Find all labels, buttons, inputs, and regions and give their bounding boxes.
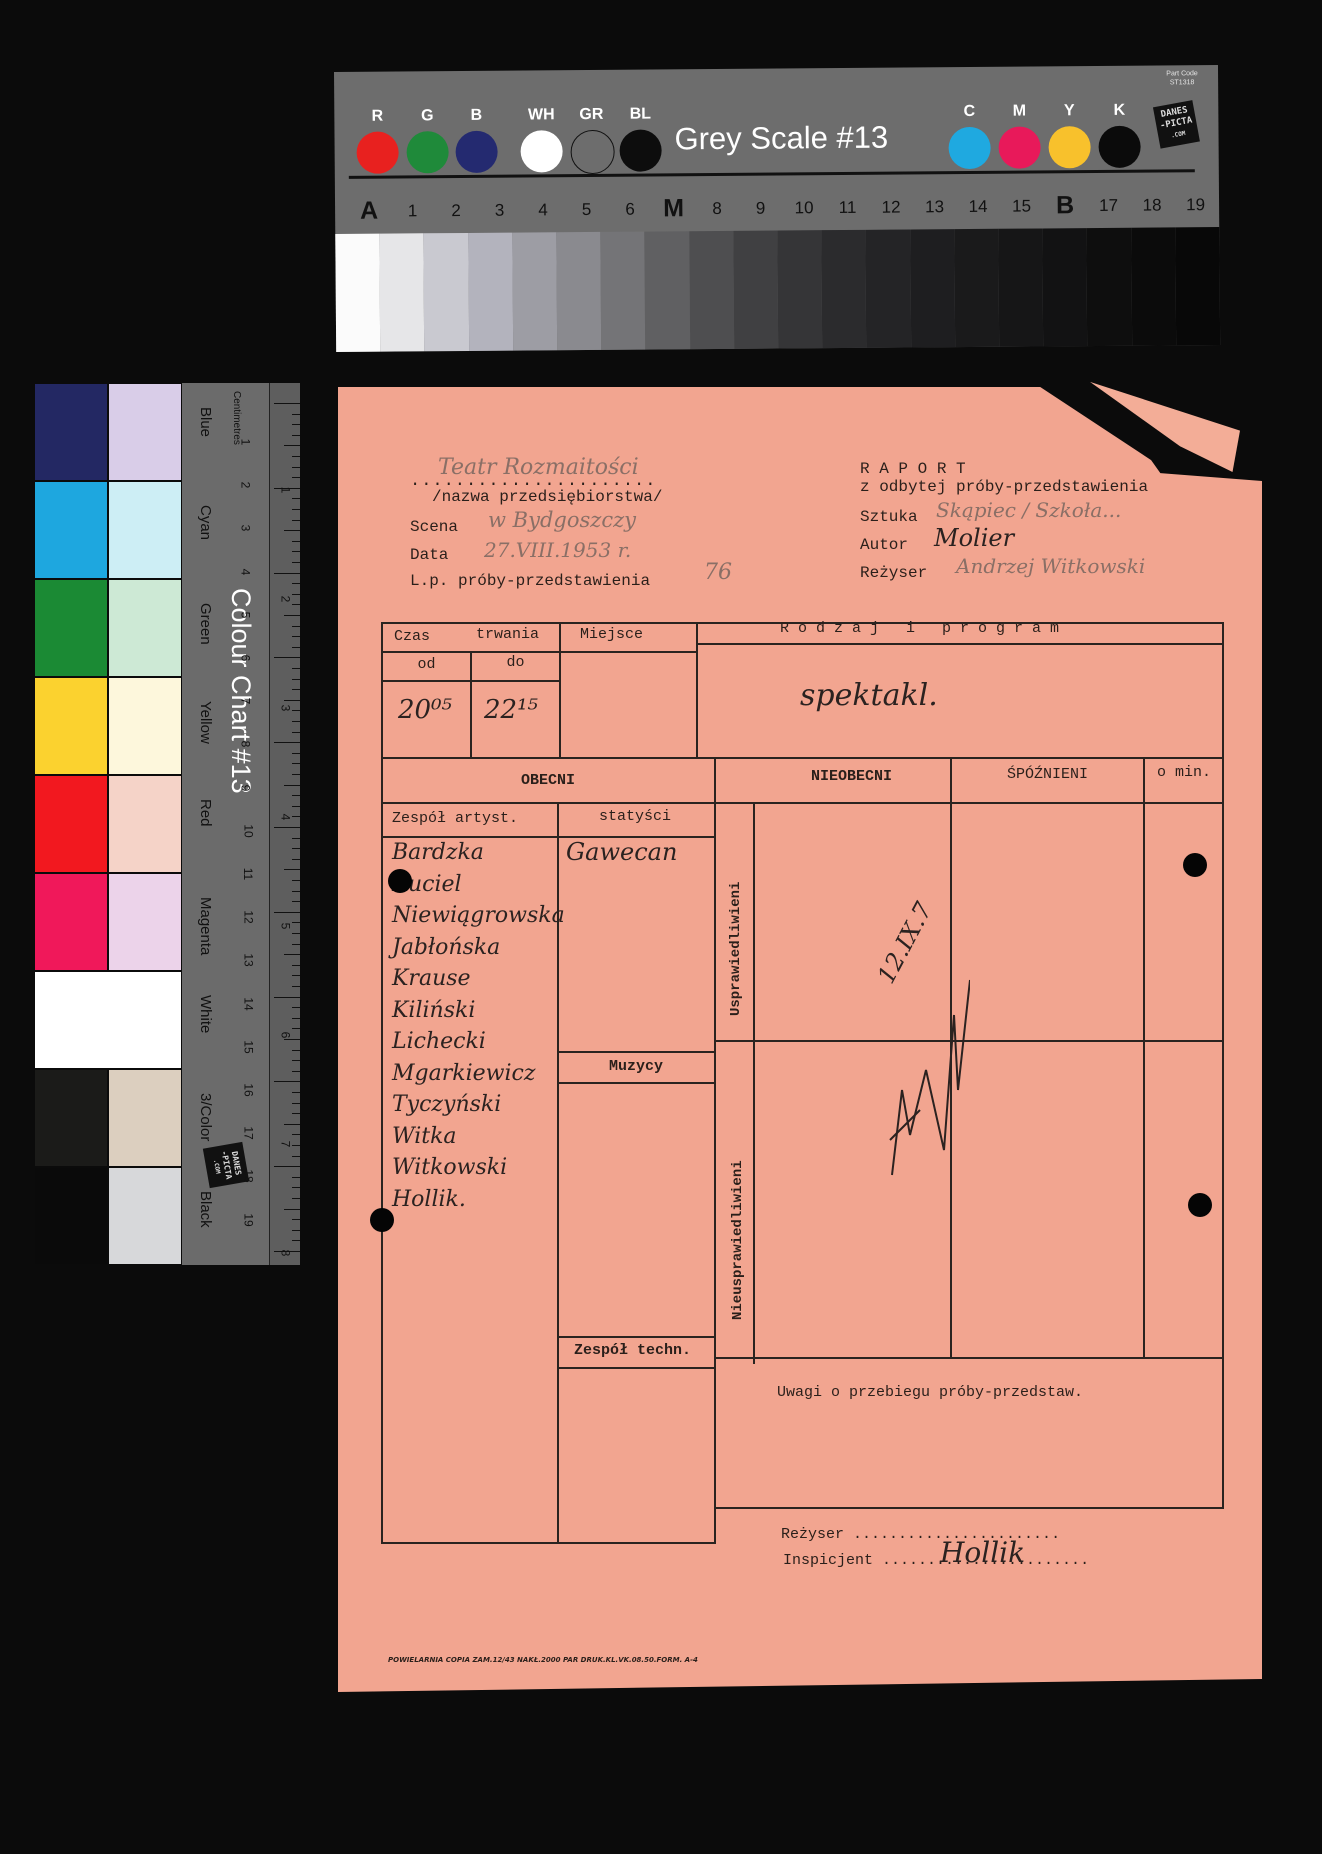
swatch-green-light — [108, 579, 182, 677]
artist-name: Kiliński — [392, 998, 475, 1023]
grey-scale-title: Grey Scale #13 — [674, 120, 888, 158]
cm-tick-label: 1 — [238, 439, 252, 446]
od-label: od — [383, 656, 470, 673]
ruler-tick — [292, 944, 300, 945]
autor-value: Molier — [934, 524, 1014, 552]
sztuka-label: Sztuka — [860, 508, 918, 526]
grey-step — [1087, 228, 1132, 346]
printer-note: POWIELARNIA COPIA ZAM.12/43 NAKŁ.2000 PA… — [388, 1656, 698, 1664]
artist-name: Tyczyński — [392, 1092, 501, 1117]
ruler-tick — [292, 848, 300, 849]
step-label: B — [1045, 191, 1085, 220]
artist-name: Witka — [392, 1124, 457, 1149]
colour-chart-card: BlueCyanGreenYellowRedMagentaWhite3/Colo… — [34, 383, 300, 1265]
colour-name-label: Blue — [197, 407, 214, 437]
step-label: 18 — [1132, 195, 1172, 215]
inch-tick-label: 1 — [278, 487, 292, 494]
autor-label: Autor — [860, 536, 908, 554]
lp-caption: próby-przedstawienia — [458, 572, 650, 590]
step-label: 15 — [1002, 196, 1042, 216]
patch-label: B — [451, 107, 501, 125]
statysci-label: statyści — [557, 808, 713, 825]
colour-patches: RGBWHGRBLCMYK — [334, 65, 1218, 72]
ruler-tick — [292, 1060, 300, 1061]
zespol-artyst-label: Zespół artyst. — [392, 810, 518, 827]
table-line — [753, 802, 755, 1364]
spoznieni-label: ŚPÓŹNIENI — [952, 766, 1143, 783]
grey-step — [1131, 227, 1176, 345]
signature-scrawl — [880, 960, 970, 1190]
ruler-tick — [292, 414, 300, 415]
table-line — [557, 1336, 715, 1338]
table-line — [714, 1364, 716, 1542]
ruler-tick — [292, 498, 300, 499]
table-line — [557, 1082, 715, 1084]
zespol-techn-label: Zespół techn. — [574, 1342, 691, 1359]
ruler-tick — [292, 1071, 300, 1072]
ruler-tick — [292, 806, 300, 807]
patch-label: R — [352, 107, 402, 125]
ruler-tick — [292, 668, 300, 669]
ruler-tick — [292, 795, 300, 796]
ruler-tick — [274, 742, 300, 743]
ruler-tick — [292, 732, 300, 733]
ruler-tick — [292, 477, 300, 478]
ruler-tick — [292, 1092, 300, 1093]
step-label: 11 — [828, 198, 868, 218]
colour-patch-wh — [520, 130, 562, 172]
ruler-tick — [292, 1007, 300, 1008]
swatch-magenta-light — [108, 873, 182, 971]
ruler-tick — [284, 1124, 300, 1125]
miejsce-label: Miejsce — [580, 626, 643, 643]
grey-step — [689, 231, 734, 349]
inspicjent-signature: Hollik — [940, 1536, 1025, 1569]
cm-tick-label: 8 — [238, 741, 252, 748]
ruler-tick — [292, 1187, 300, 1188]
ruler-tick — [292, 467, 300, 468]
ruler-tick — [292, 901, 300, 902]
ruler-tick — [292, 1050, 300, 1051]
ruler-tick — [292, 753, 300, 754]
swatch-blue-light — [108, 383, 182, 481]
ruler-tick — [284, 785, 300, 786]
grey-step — [379, 233, 424, 351]
ruler-tick — [274, 657, 300, 658]
grey-step — [600, 232, 645, 350]
rodzaj-value: spektakl. — [800, 678, 938, 713]
colour-chart-title: Colour Chart #13 — [225, 588, 256, 794]
swatch-magenta-dark — [34, 873, 108, 971]
ruler-tick — [292, 541, 300, 542]
step-label: 10 — [784, 198, 824, 218]
grey-step — [733, 231, 778, 349]
lp-label: L.p. próby-przedstawienia — [410, 572, 650, 590]
artist-name: Mgarkiewicz — [392, 1061, 535, 1086]
ruler-tick — [292, 859, 300, 860]
swatch-cyan-dark — [34, 481, 108, 579]
punch-hole — [370, 1208, 394, 1232]
table-line — [696, 643, 1223, 645]
step-label: 12 — [871, 197, 911, 217]
ruler-tick — [274, 997, 300, 998]
ruler-tick — [292, 1145, 300, 1146]
grey-step — [645, 231, 690, 349]
cm-tick-label: 3 — [238, 525, 252, 532]
artist-name: Bardzka — [392, 840, 484, 865]
swatch-red-light — [108, 775, 182, 873]
grey-step — [910, 229, 955, 347]
swatch-red-dark — [34, 775, 108, 873]
danes-picta-logo: DANES -PICTA .COM — [1153, 100, 1200, 149]
footer-inspicjent: Inspicjent ....................... — [783, 1552, 1089, 1569]
ruler-tick — [292, 1230, 300, 1231]
grey-scale-card: Part Code ST1318 RGBWHGRBLCMYK Grey Scal… — [334, 65, 1220, 352]
table-line — [1222, 1357, 1224, 1507]
inch-tick-label: 2 — [278, 596, 292, 603]
artist-name: Hollik. — [392, 1187, 466, 1212]
step-label: A — [349, 197, 389, 226]
part-code-value: ST1318 — [1152, 78, 1212, 87]
footer-rezyser-label: Reżyser — [781, 1526, 844, 1543]
part-code: Part Code ST1318 — [1152, 69, 1212, 87]
scena-value: w Bydgoszczy — [488, 508, 636, 532]
patch-label: M — [994, 102, 1044, 120]
step-label: M — [653, 194, 693, 223]
colour-patch-g — [406, 131, 448, 173]
ruler-tick — [292, 1156, 300, 1157]
colour-name-label: Black — [197, 1191, 214, 1228]
ruler-tick — [284, 700, 300, 701]
ruler-tick — [292, 424, 300, 425]
step-label: 13 — [915, 197, 955, 217]
ruler-tick — [292, 816, 300, 817]
inch-tick-label: 7 — [278, 1141, 292, 1148]
ruler-tick — [292, 880, 300, 881]
ruler-tick — [284, 954, 300, 955]
grey-step — [777, 230, 822, 348]
ruler-tick — [292, 520, 300, 521]
table-line — [381, 651, 696, 653]
table-line — [696, 622, 698, 757]
table-line — [381, 1542, 716, 1544]
muzycy-label: Muzycy — [557, 1058, 715, 1075]
rezyser-label: Reżyser — [860, 564, 927, 582]
nieobecni-label: NIEOBECNI — [753, 768, 950, 785]
patch-label: K — [1094, 102, 1144, 120]
do-label: do — [472, 654, 559, 671]
grey-step — [998, 228, 1043, 346]
grey-step — [335, 234, 380, 352]
inch-scale — [269, 383, 300, 1265]
statysci-value: Gawecan — [566, 838, 677, 866]
artist-name: Jabłońska — [392, 935, 500, 960]
ruler-tick — [274, 1081, 300, 1082]
cm-tick-label: 2 — [238, 482, 252, 489]
ruler-tick — [292, 710, 300, 711]
colour-name-label: 3/Color — [197, 1093, 214, 1141]
cm-tick-label: 14 — [242, 997, 256, 1010]
punch-hole — [1183, 853, 1207, 877]
ruler-tick — [284, 445, 300, 446]
ruler-tick — [284, 1039, 300, 1040]
rodzaj-label: R o d z a j i p r o g r a m — [780, 620, 1059, 637]
grey-step — [1043, 228, 1088, 346]
table-line — [716, 1507, 1224, 1509]
swatch-blue-dark — [34, 383, 108, 481]
patch-label: WH — [516, 106, 566, 124]
inch-tick-label: 4 — [278, 814, 292, 821]
o-min-label: o min. — [1145, 764, 1223, 781]
ruler-tick — [292, 838, 300, 839]
table-line — [381, 757, 1223, 759]
ruler-tick — [274, 573, 300, 574]
punch-hole — [388, 869, 412, 893]
ruler-tick — [292, 604, 300, 605]
rezyser-value: Andrzej Witkowski — [956, 554, 1145, 578]
start-time: 20⁰⁵ — [398, 695, 452, 725]
grey-step — [1175, 227, 1220, 345]
cm-tick-label: 6 — [238, 655, 252, 662]
colour-patch-r — [356, 131, 398, 173]
cm-tick-label: 19 — [242, 1213, 256, 1226]
lp-value: 76 — [704, 560, 732, 585]
ruler-tick — [274, 912, 300, 913]
cm-tick-label: 7 — [238, 698, 252, 705]
ruler-tick — [292, 435, 300, 436]
grey-step — [866, 229, 911, 347]
step-label: 17 — [1088, 196, 1128, 216]
swatch-yellow-dark — [34, 677, 108, 775]
grey-step — [468, 233, 513, 351]
grey-step — [424, 233, 469, 351]
inch-tick-label: 5 — [278, 923, 292, 930]
swatch-green-dark — [34, 579, 108, 677]
table-line — [557, 1367, 715, 1369]
inch-tick-label: 3 — [278, 705, 292, 712]
ruler-tick — [292, 891, 300, 892]
colour-name-label: Yellow — [197, 701, 214, 744]
cm-tick-label: 17 — [242, 1127, 256, 1140]
ruler-tick — [292, 774, 300, 775]
colour-patch-b — [455, 131, 497, 173]
usprawiedliwieni-label: Usprawiedliwieni — [728, 882, 744, 1016]
step-label: 1 — [393, 201, 433, 221]
swatch-yellow-light — [108, 677, 182, 775]
ruler-tick — [284, 530, 300, 531]
ruler-tick — [274, 827, 300, 828]
data-label: Data — [410, 546, 448, 564]
report-title: R A P O R T — [860, 460, 966, 478]
ruler-tick — [292, 1198, 300, 1199]
step-label: 3 — [480, 201, 520, 221]
colour-patch-bl — [619, 129, 661, 171]
swatch-black-light — [108, 1167, 182, 1265]
ruler-tick — [292, 583, 300, 584]
ruler-tick — [292, 763, 300, 764]
step-labels: A123456M89101112131415B171819 — [349, 195, 1199, 232]
swatch-white — [34, 971, 182, 1069]
ruler-tick — [292, 1113, 300, 1114]
report-subtitle: z odbytej próby-przedstawienia — [860, 478, 1148, 496]
step-label: 5 — [567, 200, 607, 220]
ruler-tick — [292, 689, 300, 690]
ruler-tick — [274, 403, 300, 404]
cm-tick-label: 5 — [238, 611, 252, 618]
patch-label: C — [944, 103, 994, 121]
company-caption: /nazwa przedsiębiorstwa/ — [432, 488, 662, 506]
grey-step — [556, 232, 601, 350]
ruler-tick — [292, 594, 300, 595]
ruler-tick — [292, 1177, 300, 1178]
inch-tick-label: 8 — [278, 1250, 292, 1257]
cm-tick-label: 11 — [241, 868, 255, 880]
cm-tick-label: 13 — [242, 954, 256, 967]
ruler-tick — [292, 965, 300, 966]
step-label: 2 — [436, 201, 476, 221]
step-label: 9 — [741, 198, 781, 218]
colour-patch-y — [1048, 126, 1090, 168]
grey-step — [512, 232, 557, 350]
step-label: 6 — [610, 200, 650, 220]
colour-patch-c — [948, 127, 990, 169]
uwagi-label: Uwagi o przebiegu próby-przedstaw. — [777, 1384, 1083, 1401]
ruler-tick — [284, 1209, 300, 1210]
table-line — [1143, 757, 1145, 1357]
table-line — [557, 1051, 715, 1053]
cm-tick-label: 16 — [242, 1083, 256, 1096]
artist-name: Witkowski — [392, 1155, 507, 1180]
colour-name-label: Red — [197, 799, 214, 827]
ruler-tick — [292, 1240, 300, 1241]
data-value: 27.VIII.1953 r. — [484, 538, 631, 562]
ruler-tick — [292, 456, 300, 457]
patch-label: G — [402, 107, 452, 125]
lp-prefix: L.p. — [410, 572, 448, 590]
cm-tick-label: 12 — [242, 911, 256, 924]
ruler-tick — [292, 679, 300, 680]
table-line — [381, 622, 383, 1542]
artist-name: Krause — [392, 966, 471, 991]
grey-step — [821, 230, 866, 348]
step-label: 8 — [697, 199, 737, 219]
ruler-tick — [292, 551, 300, 552]
ruler-tick — [292, 922, 300, 923]
ruler-tick — [292, 509, 300, 510]
colour-swatches — [34, 383, 182, 1265]
end-time: 22¹⁵ — [484, 695, 538, 725]
ruler: BlueCyanGreenYellowRedMagentaWhite3/Colo… — [182, 383, 300, 1265]
swatch-cyan-light — [108, 481, 182, 579]
scena-label: Scena — [410, 518, 458, 536]
nieusprawiedliwieni-label: Nieusprawiedliwieni — [730, 1160, 746, 1320]
ruler-tick — [292, 562, 300, 563]
swatch-black-dark — [34, 1167, 108, 1265]
cm-tick-label: 9 — [238, 784, 252, 791]
centimetres-label: Centimetres — [231, 391, 242, 445]
ruler-tick — [292, 986, 300, 987]
ruler-tick — [274, 1166, 300, 1167]
colour-patch-k — [1098, 126, 1140, 168]
step-label: 4 — [523, 200, 563, 220]
ruler-tick — [284, 869, 300, 870]
grey-step — [954, 229, 999, 347]
ruler-tick — [292, 1103, 300, 1104]
swatch-3-color-light — [108, 1069, 182, 1167]
cm-tick-label: 18 — [242, 1170, 256, 1183]
inch-tick-label: 6 — [278, 1032, 292, 1039]
table-line — [714, 1357, 1224, 1359]
cm-tick-label: 4 — [238, 568, 252, 575]
colour-patch-m — [998, 126, 1040, 168]
ruler-tick — [292, 636, 300, 637]
ruler-tick — [284, 615, 300, 616]
sztuka-value: Skąpiec / Szkoła... — [936, 498, 1121, 522]
punch-hole — [1188, 1193, 1212, 1217]
ruler-tick — [292, 975, 300, 976]
table-line — [381, 802, 1223, 804]
footer-inspicjent-label: Inspicjent — [783, 1552, 873, 1569]
swatch-3-color-dark — [34, 1069, 108, 1167]
cm-tick-label: 10 — [242, 824, 256, 837]
step-label: 14 — [958, 197, 998, 217]
ruler-tick — [292, 1028, 300, 1029]
patch-label: BL — [615, 105, 665, 123]
artist-name: Niewiągrowska — [392, 903, 565, 928]
patch-label: Y — [1044, 102, 1094, 120]
trwania-label: trwania — [476, 626, 539, 643]
ruler-tick — [292, 647, 300, 648]
ruler-tick — [292, 1219, 300, 1220]
ruler-tick — [292, 721, 300, 722]
obecni-label: OBECNI — [383, 772, 713, 789]
patch-label: GR — [566, 106, 616, 124]
part-code-label: Part Code — [1152, 69, 1212, 78]
table-line — [1222, 622, 1224, 1436]
colour-patch-gr — [570, 130, 614, 174]
colour-name-label: Magenta — [197, 897, 214, 955]
artist-name: Lichecki — [392, 1029, 486, 1054]
colour-name-label: Green — [197, 603, 214, 645]
colour-name-label: Cyan — [197, 505, 214, 540]
grey-steps — [335, 227, 1220, 352]
ruler-tick — [292, 1134, 300, 1135]
table-line — [559, 622, 561, 757]
ruler-tick — [292, 626, 300, 627]
step-label: 19 — [1175, 195, 1215, 215]
ruler-tick — [292, 1018, 300, 1019]
colour-name-label: White — [197, 995, 214, 1033]
czas-label: Czas — [394, 628, 430, 645]
cm-tick-label: 15 — [242, 1040, 256, 1053]
ruler-tick — [292, 933, 300, 934]
